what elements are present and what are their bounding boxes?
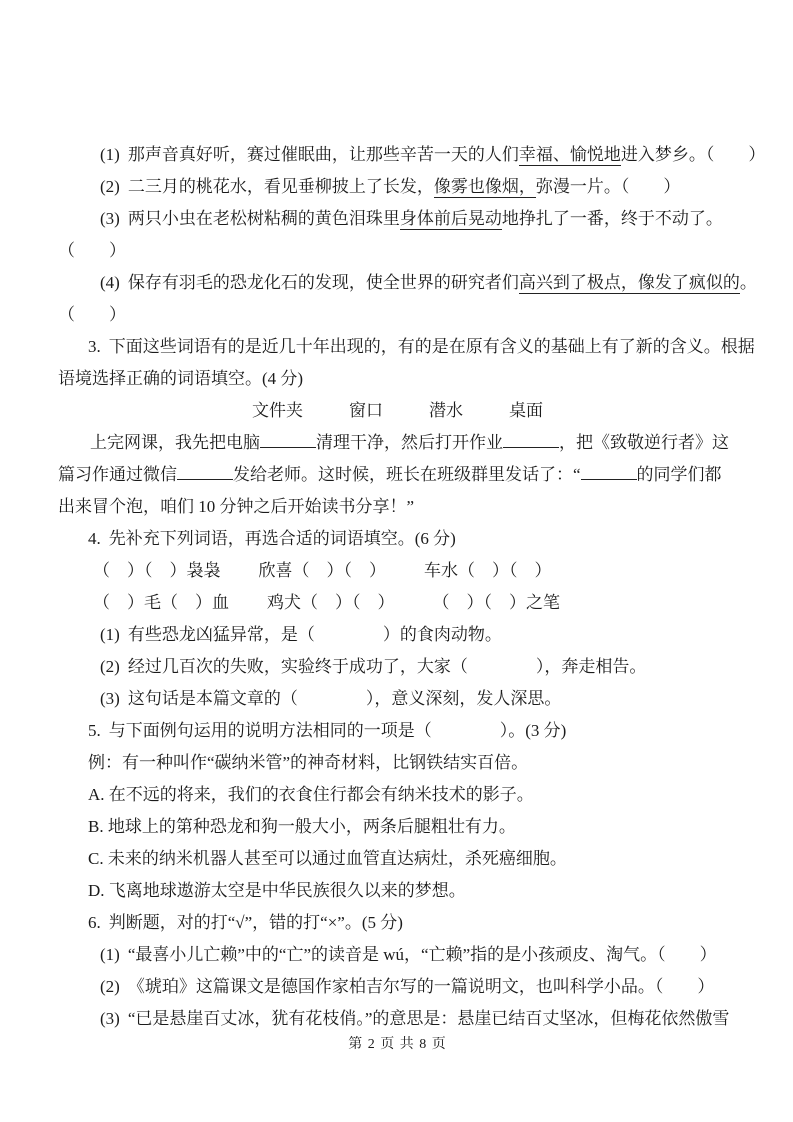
q6-title: 6.判断题，对的打“√”，错的打“×”。(5 分) [58,907,737,939]
q3-paragraph-line1: 上完网课，我先把电脑清理干净，然后打开作业，把《致敬逆行者》这 [58,427,737,459]
underlined-phrase: 像雾也像烟， [434,177,536,198]
item-text: 有些恐龙凶猛异常，是（ ）的食肉动物。 [128,625,502,644]
item-text: 那声音真好听，赛过催眠曲，让那些辛苦一天的人们 [128,145,519,164]
item-text: 保存有羽毛的恐龙化石的发现，使全世界的研究者们 [128,273,519,292]
item-text: 《琥珀》这篇课文是德国作家柏吉尔写的一篇说明文，也叫科学小品。 [128,977,655,996]
q5-option-c: C. 未来的纳米机器人甚至可以通过血管直达病灶，杀死癌细胞。 [58,843,737,875]
underlined-phrase: 高兴到了极点，像发了疯似的 [519,273,740,294]
fill-in-blank [177,475,233,480]
page-footer: 第 2 页 共 8 页 [58,1035,737,1055]
item-number: (3) [100,689,120,708]
item-text: “已是悬崖百丈冰，犹有花枝俏。”的意思是：悬崖已结百丈坚冰，但梅花依然傲雪 [128,1009,730,1028]
q4-item-1: (1)有些恐龙凶猛异常，是（ ）的食肉动物。 [58,619,737,651]
paragraph-text: 上完网课，我先把电脑 [90,433,260,452]
paragraph-text: 发给老师。这时候，班长在班级群里发话了：“ [233,465,581,484]
paragraph-text: 出来冒个泡，咱们 10 分钟之后开始读书分享！” [58,497,414,516]
item-text: 二三月的桃花水，看见垂柳披上了长发， [128,177,434,196]
word-completion: （ ）（ ）之笔 [433,587,561,619]
q5-option-a: A. 在不远的将来，我们的衣食住行都会有纳米技术的影子。 [58,779,737,811]
question-number: 4. [88,529,101,548]
word-bank-item: 潜水 [429,395,463,427]
q4-item-3: (3)这句话是本篇文章的（ ），意义深刻，发人深思。 [58,683,737,715]
option-text: D. 飞离地球遨游太空是中华民族很久以来的梦想。 [88,881,466,900]
item-number: (1) [100,625,120,644]
word-completion: 欣喜（ ）（ ） [259,555,387,587]
item-text: 弥漫一片。 [536,177,621,196]
word-bank-item: 文件夹 [252,395,303,427]
item-text: 地挣扎了一番，终于不动了。 [502,209,723,228]
q3-title-line2: 语境选择正确的词语填空。(4 分) [58,363,737,395]
word-completion: （ ）毛（ ）血 [93,587,229,619]
answer-parens: （ ） [621,177,681,196]
fill-in-blank [260,443,316,448]
q6-item-3: (3)“已是悬崖百丈冰，犹有花枝俏。”的意思是：悬崖已结百丈坚冰，但梅花依然傲雪 [58,1003,737,1035]
q2-item-4-answer-line: （ ） [58,299,737,331]
q3-paragraph-line3: 出来冒个泡，咱们 10 分钟之后开始读书分享！” [58,491,737,523]
fill-in-blank [503,443,559,448]
q2-item-2: (2)二三月的桃花水，看见垂柳披上了长发，像雾也像烟，弥漫一片。（ ） [58,171,737,203]
item-number: (2) [100,657,120,676]
answer-parens: （ ） [706,145,766,164]
q3-paragraph-line2: 篇习作通过微信发给老师。这时候，班长在班级群里发话了：“的同学们都 [58,459,737,491]
paragraph-text: 篇习作通过微信 [58,465,177,484]
paragraph-text: 清理干净，然后打开作业 [316,433,503,452]
q4-word-row-2: （ ）毛（ ）血 鸡犬（ ）（ ） （ ）（ ）之笔 [58,587,737,619]
q5-option-d: D. 飞离地球遨游太空是中华民族很久以来的梦想。 [58,875,737,907]
question-text: 下面这些词语有的是近几十年出现的，有的是在原有含义的基础上有了新的含义。根据 [109,337,755,356]
question-number: 3. [88,337,101,356]
question-text: 语境选择正确的词语填空。(4 分) [58,369,303,388]
item-text: “最喜小儿亡赖”中的“亡”的读音是 wú，“亡赖”指的是小孩顽皮、淘气。 [128,945,657,964]
q3-word-bank: 文件夹 窗口 潜水 桌面 [58,395,737,427]
q4-word-row-1: （ ）（ ）袅袅 欣喜（ ）（ ） 车水（ ）（ ） [58,555,737,587]
answer-parens: （ ） [58,241,126,260]
option-text: A. 在不远的将来，我们的衣食住行都会有纳米技术的影子。 [88,785,534,804]
exam-content: (1)那声音真好听，赛过催眠曲，让那些辛苦一天的人们幸福、愉悦地进入梦乡。（ ）… [0,0,793,1055]
q2-item-1: (1)那声音真好听，赛过催眠曲，让那些辛苦一天的人们幸福、愉悦地进入梦乡。（ ） [58,139,737,171]
answer-parens: （ ） [655,977,715,996]
word-completion: 车水（ ）（ ） [424,555,552,587]
paragraph-text: 的同学们都 [637,465,722,484]
item-number: (2) [100,177,120,196]
item-text: 进入梦乡。 [621,145,706,164]
item-text: 。 [740,273,757,292]
fill-in-blank [581,475,637,480]
page-number-text: 第 2 页 共 8 页 [348,1037,447,1052]
answer-parens: （ ） [657,945,717,964]
q2-item-3-answer-line: （ ） [58,235,737,267]
item-text: 经过几百次的失败，实验终于成功了，大家（ ），奔走相告。 [128,657,647,676]
question-number: 5. [88,721,101,740]
item-number: (2) [100,977,120,996]
word-bank-item: 桌面 [509,395,543,427]
item-number: (1) [100,145,120,164]
question-text: 判断题，对的打“√”，错的打“×”。(5 分) [109,913,403,932]
question-text: 先补充下列词语，再选合适的词语填空。(6 分) [109,529,456,548]
q2-item-4: (4)保存有羽毛的恐龙化石的发现，使全世界的研究者们高兴到了极点，像发了疯似的。 [58,267,737,299]
question-number: 6. [88,913,101,932]
option-text: C. 未来的纳米机器人甚至可以通过血管直达病灶，杀死癌细胞。 [88,849,567,868]
q5-option-b: B. 地球上的第种恐龙和狗一般大小，两条后腿粗壮有力。 [58,811,737,843]
q6-item-1: (1)“最喜小儿亡赖”中的“亡”的读音是 wú，“亡赖”指的是小孩顽皮、淘气。（… [58,939,737,971]
word-bank-item: 窗口 [349,395,383,427]
item-text: 这句话是本篇文章的（ ），意义深刻，发人深思。 [128,689,562,708]
item-number: (3) [100,1009,120,1028]
underlined-phrase: 幸福、愉悦地 [519,145,621,166]
item-number: (4) [100,273,120,292]
q5-title: 5.与下面例句运用的说明方法相同的一项是（ ）。(3 分) [58,715,737,747]
q6-item-2: (2)《琥珀》这篇课文是德国作家柏吉尔写的一篇说明文，也叫科学小品。（ ） [58,971,737,1003]
item-number: (3) [100,209,120,228]
q4-item-2: (2)经过几百次的失败，实验终于成功了，大家（ ），奔走相告。 [58,651,737,683]
option-text: B. 地球上的第种恐龙和狗一般大小，两条后腿粗壮有力。 [88,817,516,836]
q3-title-line1: 3.下面这些词语有的是近几十年出现的，有的是在原有含义的基础上有了新的含义。根据 [58,331,737,363]
word-completion: 鸡犬（ ）（ ） [267,587,395,619]
exam-page: (1)那声音真好听，赛过催眠曲，让那些辛苦一天的人们幸福、愉悦地进入梦乡。（ ）… [0,0,793,1122]
question-text: 与下面例句运用的说明方法相同的一项是（ ）。(3 分) [109,721,567,740]
underlined-phrase: 身体前后晃动 [400,209,502,230]
word-completion: （ ）（ ）袅袅 [93,555,221,587]
q5-example: 例：有一种叫作“碳纳米管”的神奇材料，比钢铁结实百倍。 [58,747,737,779]
item-text: 两只小虫在老松树粘稠的黄色泪珠里 [128,209,400,228]
paragraph-text: ，把《致敬逆行者》这 [559,433,729,452]
q2-item-3: (3)两只小虫在老松树粘稠的黄色泪珠里身体前后晃动地挣扎了一番，终于不动了。 [58,203,737,235]
example-text: 例：有一种叫作“碳纳米管”的神奇材料，比钢铁结实百倍。 [88,753,528,772]
answer-parens: （ ） [58,305,126,324]
q4-title: 4.先补充下列词语，再选合适的词语填空。(6 分) [58,523,737,555]
item-number: (1) [100,945,120,964]
